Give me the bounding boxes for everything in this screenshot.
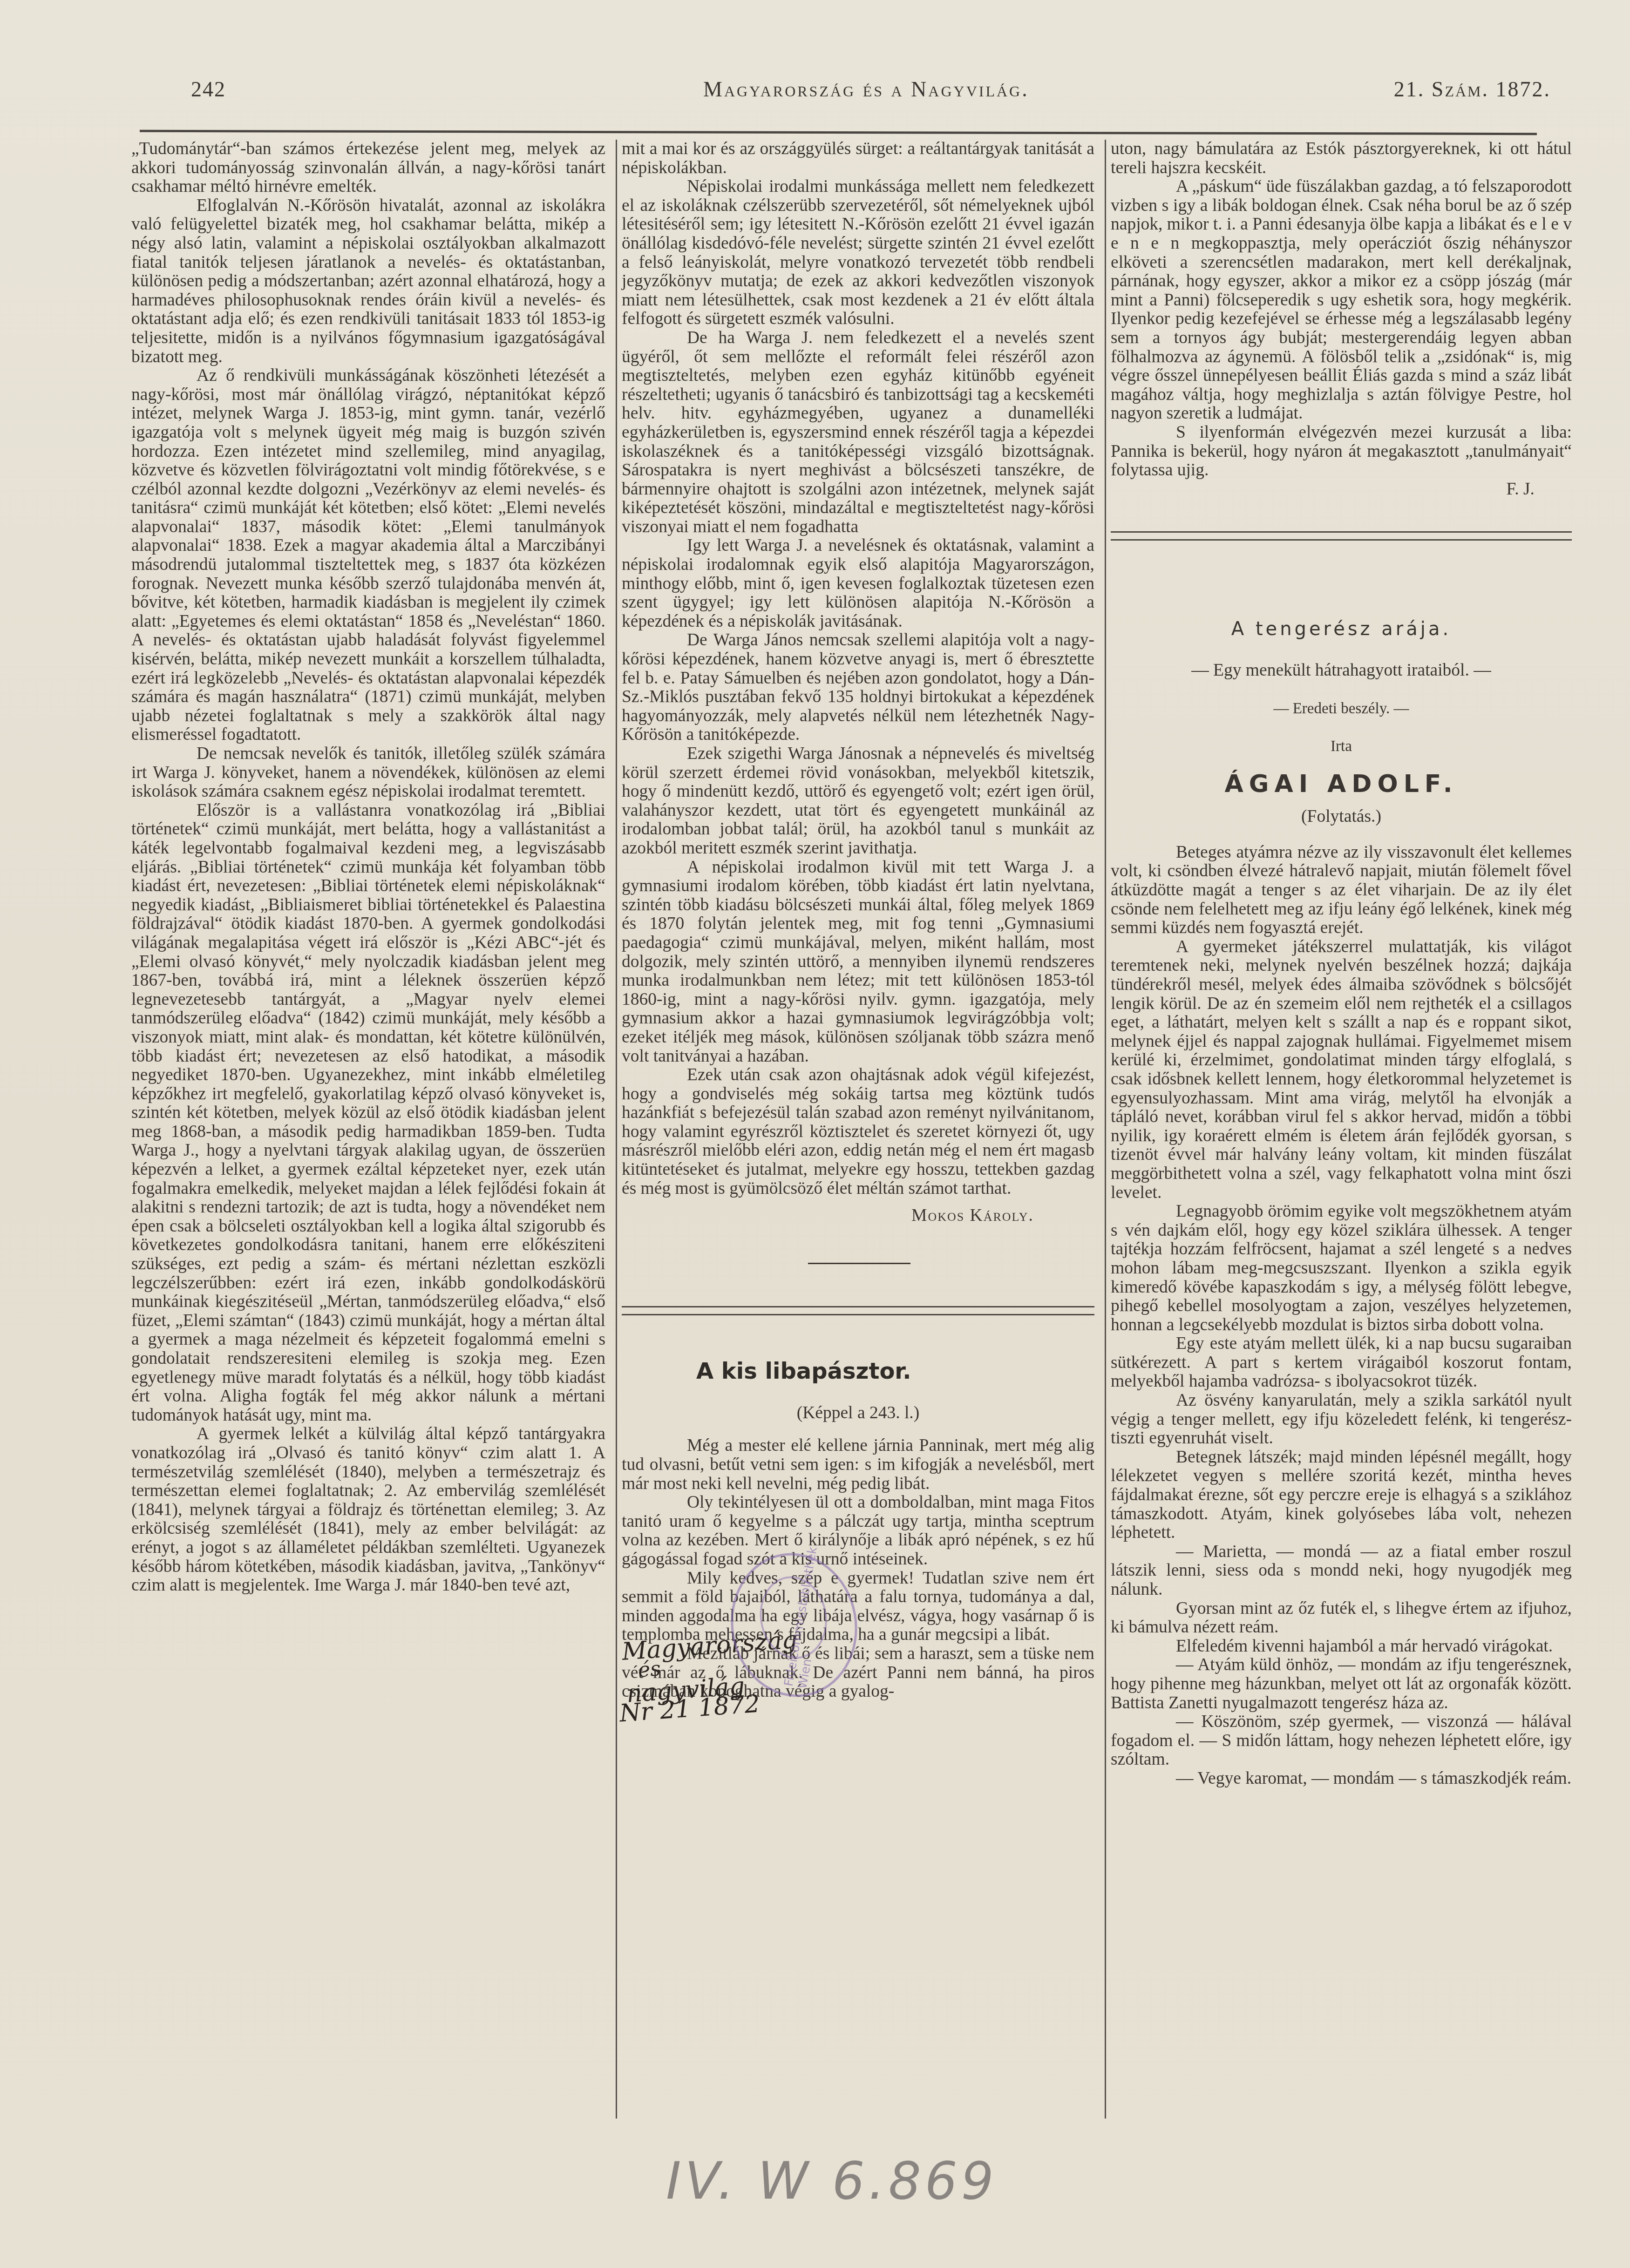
column-3: uton, nagy bámulatára az Estók pásztorgy… xyxy=(1111,140,1572,1788)
paragraph: Ezek után csak azon ohajtásnak adok végü… xyxy=(622,1066,1094,1198)
article-title: A tengerész arája. xyxy=(1111,620,1572,639)
paragraph: — Köszönöm, szép gyermek, — viszonzá — h… xyxy=(1111,1713,1572,1769)
paragraph: A gyermeket játékszerrel mulattatják, ki… xyxy=(1111,938,1572,1202)
paragraph: mit a mai kor és az országgyülés sürget:… xyxy=(622,140,1094,177)
paragraph: — Marietta, — mondá — az a fiatal ember … xyxy=(1111,1543,1572,1599)
author-signature: Mokos Károly. xyxy=(622,1206,1094,1225)
paragraph: Betegnek látszék; majd minden lépésnél m… xyxy=(1111,1448,1572,1543)
signature-line: F. J. xyxy=(1111,480,1572,499)
section-divider xyxy=(622,1306,1094,1315)
paragraph: Először is a vallástanra vonatkozólag ir… xyxy=(131,801,605,1425)
publication-title: Magyarország és a Nagyvilág. xyxy=(703,77,1029,102)
paragraph: A gyermek lelkét a külvilág által képző … xyxy=(131,1425,605,1595)
paragraph: Beteges atyámra nézve az ily visszavonul… xyxy=(1111,843,1572,938)
paragraph: Elfeledém kivenni hajamból a már hervadó… xyxy=(1111,1637,1572,1656)
paragraph: Legnagyobb örömim egyike volt megszökhet… xyxy=(1111,1202,1572,1334)
paragraph: Népiskolai irodalmi munkássága mellett n… xyxy=(622,177,1094,329)
article-heading: A kis libapásztor. xyxy=(622,1343,1094,1399)
article-subtitle: (Képpel a 243. l.) xyxy=(622,1404,1094,1423)
paragraph: S ilyenformán elvégezvén mezei kurzusát … xyxy=(1111,423,1572,480)
column-1: „Tudománytár“-ban számos értekezése jele… xyxy=(131,140,605,1595)
page-header: 242 Magyarország és a Nagyvilág. 21. Szá… xyxy=(191,77,1551,114)
column-divider xyxy=(1105,140,1106,2119)
paragraph: De nemcsak nevelők és tanitók, illetőleg… xyxy=(131,745,605,801)
paragraph: A „páskum“ üde füszálakban gazdag, a tó … xyxy=(1111,177,1572,423)
genre-label: — Eredeti beszély. — xyxy=(1111,699,1572,718)
paragraph: — Atyám küld önhöz, — mondám az ifju ten… xyxy=(1111,1656,1572,1713)
paragraph: — Vegye karomat, — mondám — s támaszkodj… xyxy=(1111,1769,1572,1788)
catalog-mark: IV. W 6.869 xyxy=(666,2151,998,2211)
paragraph: Ezek szigethi Warga Jánosnak a népnevelé… xyxy=(622,745,1094,858)
article-title: A kis libapásztor. xyxy=(696,1362,911,1381)
stamp-text: Fideicommissbibliothek Wien xyxy=(782,1546,834,1690)
continued-label: (Folytatás.) xyxy=(1111,807,1572,826)
newspaper-page: 242 Magyarország és a Nagyvilág. 21. Szá… xyxy=(0,0,1630,2268)
paragraph: Az ő rendkivüli munkásságának köszönheti… xyxy=(131,366,605,745)
paragraph: Egy este atyám mellett ülék, ki a nap bu… xyxy=(1111,1334,1572,1391)
paragraph: De ha Warga J. nem feledkezett el a neve… xyxy=(622,329,1094,537)
paragraph: Még a mester elé kellene járnia Panninak… xyxy=(622,1436,1094,1493)
paragraph: A népiskolai irodalmon kivül mit tett Wa… xyxy=(622,858,1094,1066)
author-name: ÁGAI ADOLF. xyxy=(1111,775,1572,794)
end-rule xyxy=(808,1263,910,1264)
byline-label: Irta xyxy=(1111,737,1572,756)
paragraph: „Tudománytár“-ban számos értekezése jele… xyxy=(131,140,605,196)
paragraph: uton, nagy bámulatára az Estók pásztorgy… xyxy=(1111,140,1572,177)
header-rule xyxy=(140,130,1537,135)
paragraph: Igy lett Warga J. a nevelésnek és oktatá… xyxy=(622,536,1094,631)
column-2: mit a mai kor és az országgyülés sürget:… xyxy=(622,140,1094,1701)
issue-number: 21. Szám. 1872. xyxy=(1394,77,1551,102)
paragraph: Oly tekintélyesen ül ott a domboldalban,… xyxy=(622,1493,1094,1569)
page-number: 242 xyxy=(191,77,226,102)
article-subtitle: — Egy menekült hátrahagyott irataiból. — xyxy=(1111,661,1572,680)
paragraph: De Warga János nemcsak szellemi alapitój… xyxy=(622,631,1094,745)
paragraph: Elfoglalván N.-Kőrösön hivatalát, azonna… xyxy=(131,196,605,366)
paragraph: Az ösvény kanyarulatán, mely a szikla sa… xyxy=(1111,1391,1572,1448)
column-divider xyxy=(616,140,617,2119)
paragraph: Gyorsan mint az őz futék el, s lihegve é… xyxy=(1111,1599,1572,1637)
section-divider xyxy=(1111,531,1572,541)
author-signature: F. J. xyxy=(1506,480,1535,499)
